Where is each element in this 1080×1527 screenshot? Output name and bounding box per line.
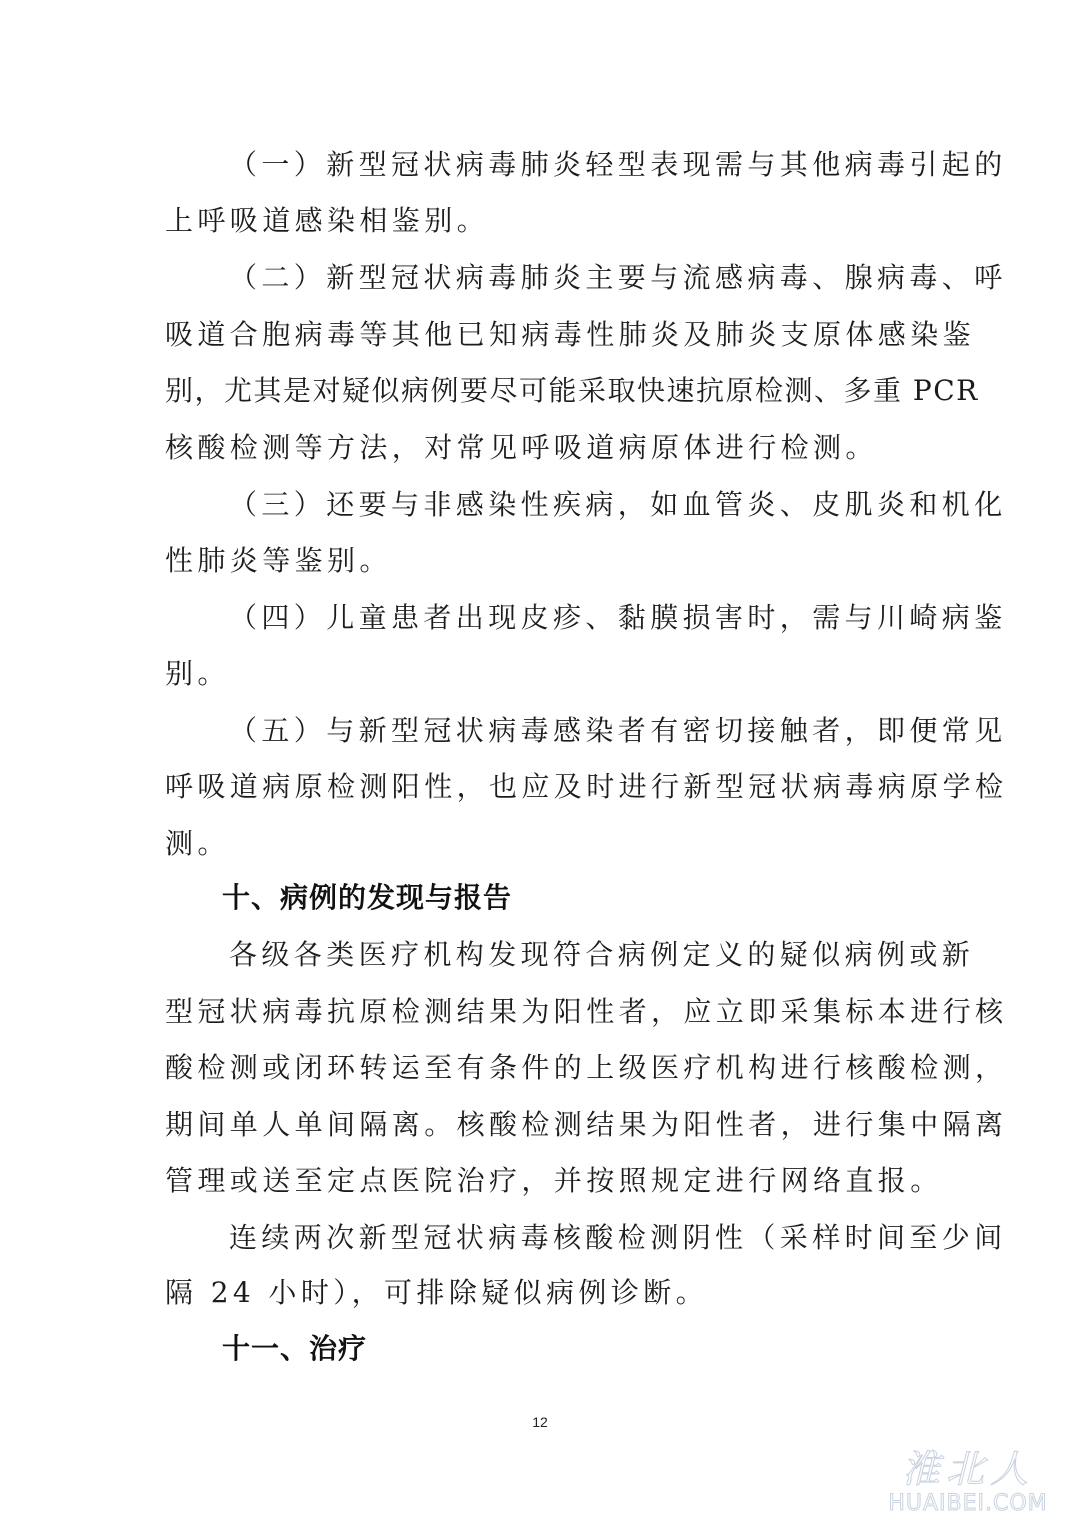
section-heading: 十、病例的发现与报告: [222, 878, 512, 918]
paragraph-line: 期间单人单间隔离。核酸检测结果为阳性者，进行集中隔离: [165, 1105, 917, 1145]
paragraph-line: （二）新型冠状病毒肺炎主要与流感病毒、腺病毒、呼: [229, 258, 917, 298]
paragraph-line: （一）新型冠状病毒肺炎轻型表现需与其他病毒引起的: [229, 145, 917, 185]
paragraph-line: 呼吸道病原检测阳性，也应及时进行新型冠状病毒病原学检: [165, 767, 917, 807]
paragraph-line: 测。: [165, 824, 917, 864]
section-heading: 十一、治疗: [222, 1329, 367, 1369]
paragraph-line: 隔 24 小时），可排除疑似病例诊断。: [165, 1273, 917, 1313]
paragraph-line: 各级各类医疗机构发现符合病例定义的疑似病例或新: [229, 935, 917, 975]
paragraph-line: 别，尤其是对疑似病例要尽可能采取快速抗原检测、多重 PCR: [165, 371, 917, 411]
paragraph-line: 型冠状病毒抗原检测结果为阳性者，应立即采集标本进行核: [165, 992, 917, 1032]
paragraph-line: （三）还要与非感染性疾病，如血管炎、皮肌炎和机化: [229, 485, 917, 525]
paragraph-line: 酸检测或闭环转运至有条件的上级医疗机构进行核酸检测，: [165, 1048, 917, 1088]
paragraph-line: 性肺炎等鉴别。: [165, 541, 917, 581]
paragraph-line: 上呼吸道感染相鉴别。: [165, 201, 917, 241]
paragraph-line: （五）与新型冠状病毒感染者有密切接触者，即便常见: [229, 711, 917, 751]
paragraph-line: 吸道合胞病毒等其他已知病毒性肺炎及肺炎支原体感染鉴: [165, 315, 917, 355]
watermark-logo: 淮北人 HUAIBEI.COM: [868, 1448, 1068, 1518]
document-page: （一）新型冠状病毒肺炎轻型表现需与其他病毒引起的 上呼吸道感染相鉴别。 （二）新…: [0, 0, 1080, 1527]
paragraph-line: （四）儿童患者出现皮疹、黏膜损害时，需与川崎病鉴: [229, 598, 917, 638]
watermark-text-cn: 淮北人: [868, 1448, 1068, 1490]
paragraph-line: 别。: [165, 654, 917, 694]
paragraph-line: 连续两次新型冠状病毒核酸检测阴性（采样时间至少间: [229, 1218, 917, 1258]
watermark-text-en: HUAIBEI.COM: [868, 1492, 1068, 1516]
page-number: 12: [0, 1414, 1080, 1430]
paragraph-line: 核酸检测等方法，对常见呼吸道病原体进行检测。: [165, 428, 917, 468]
paragraph-line: 管理或送至定点医院治疗，并按照规定进行网络直报。: [165, 1161, 917, 1201]
